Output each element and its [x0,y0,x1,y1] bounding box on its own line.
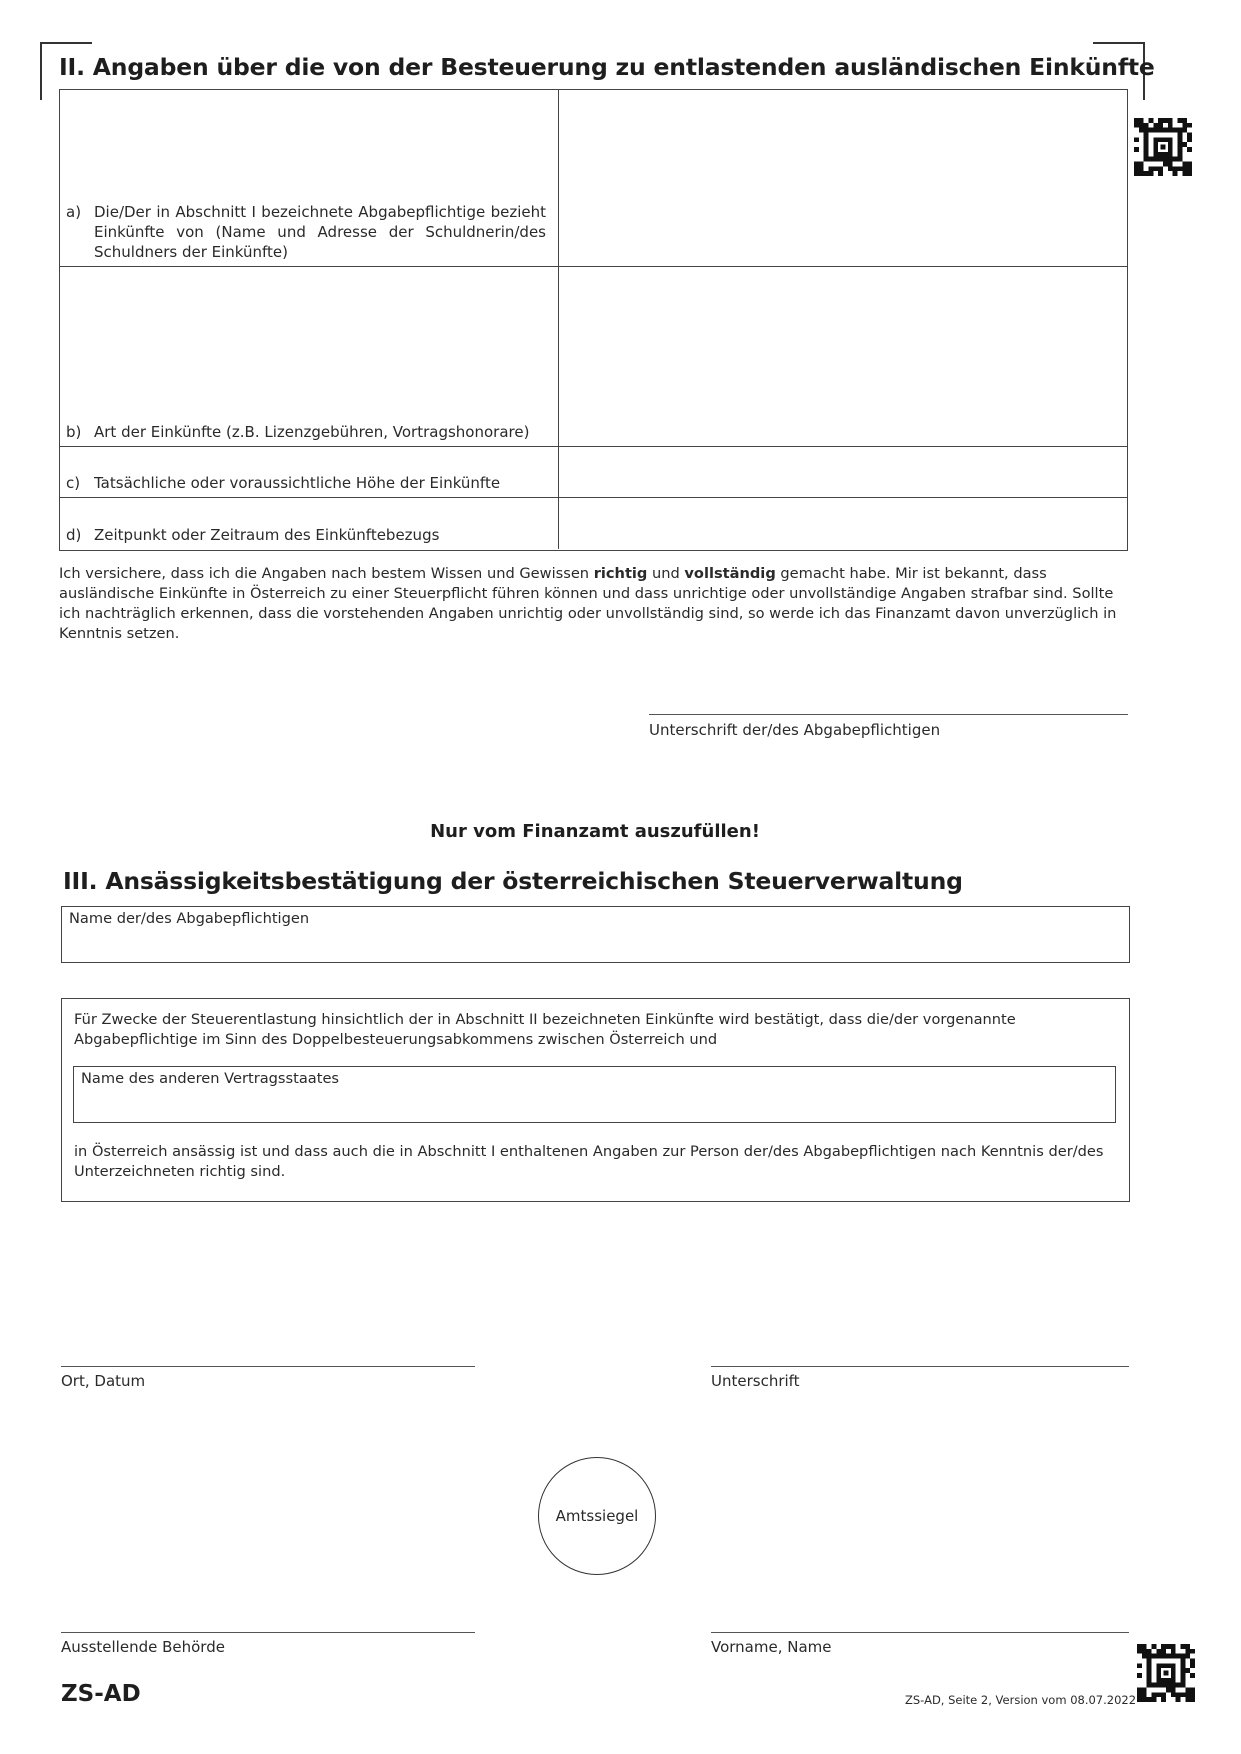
other-state-label: Name des anderen Vertragsstaates [81,1070,339,1087]
declaration-text: Ich versichere, dass ich die Angaben nac… [59,564,1130,644]
table-row: d) Zeitpunkt oder Zeitraum des Einkünfte… [60,498,1127,549]
datamatrix-barcode-icon [1137,1643,1195,1703]
row-a-label: a) Die/Der in Abschnitt I bezeichnete Ab… [66,202,546,262]
table-row: a) Die/Der in Abschnitt I bezeichnete Ab… [60,90,1127,267]
place-date-line[interactable] [61,1366,475,1367]
official-name-line[interactable] [711,1632,1129,1633]
section-2-title: II. Angaben über die von der Besteuerung… [59,53,1155,81]
issuing-authority-line[interactable] [61,1632,475,1633]
taxpayer-signature-line[interactable] [649,714,1128,715]
other-contracting-state-field[interactable]: Name des anderen Vertragsstaates [73,1066,1116,1123]
official-seal-circle: Amtssiegel [538,1457,656,1575]
table-row: c) Tatsächliche oder voraussichtliche Hö… [60,447,1127,498]
taxpayer-name-label: Name der/des Abgabepflichtigen [69,910,309,927]
tax-office-only-notice: Nur vom Finanzamt auszufüllen! [0,821,1190,842]
official-signature-line[interactable] [711,1366,1129,1367]
section-3-title: III. Ansässigkeitsbestätigung der österr… [63,867,963,895]
datamatrix-barcode-icon [1134,118,1192,176]
income-details-table: a) Die/Der in Abschnitt I bezeichnete Ab… [59,89,1128,551]
taxpayer-name-field[interactable]: Name der/des Abgabepflichtigen [61,906,1130,963]
seal-label: Amtssiegel [556,1507,639,1525]
confirmation-text-1: Für Zwecke der Steuerentlastung hinsicht… [74,1010,1114,1050]
issuing-authority-label: Ausstellende Behörde [61,1638,225,1656]
income-type-field[interactable] [559,267,1127,446]
table-row: b) Art der Einkünfte (z.B. Lizenzgebühre… [60,267,1127,447]
form-code: ZS-AD [61,1681,141,1707]
row-c-label: c) Tatsächliche oder voraussichtliche Hö… [66,473,546,493]
form-version: ZS-AD, Seite 2, Version vom 08.07.2022 [905,1693,1136,1707]
income-period-field[interactable] [559,498,1127,549]
taxpayer-signature-label: Unterschrift der/des Abgabepflichtigen [649,721,940,739]
income-amount-field[interactable] [559,447,1127,497]
payer-name-address-field[interactable] [559,90,1127,266]
row-d-label: d) Zeitpunkt oder Zeitraum des Einkünfte… [66,525,546,545]
row-b-label: b) Art der Einkünfte (z.B. Lizenzgebühre… [66,422,546,442]
residency-confirmation-box: Für Zwecke der Steuerentlastung hinsicht… [61,998,1130,1202]
confirmation-text-2: in Österreich ansässig ist und dass auch… [74,1142,1114,1182]
official-signature-label: Unterschrift [711,1372,800,1390]
official-name-label: Vorname, Name [711,1638,832,1656]
place-date-label: Ort, Datum [61,1372,145,1390]
